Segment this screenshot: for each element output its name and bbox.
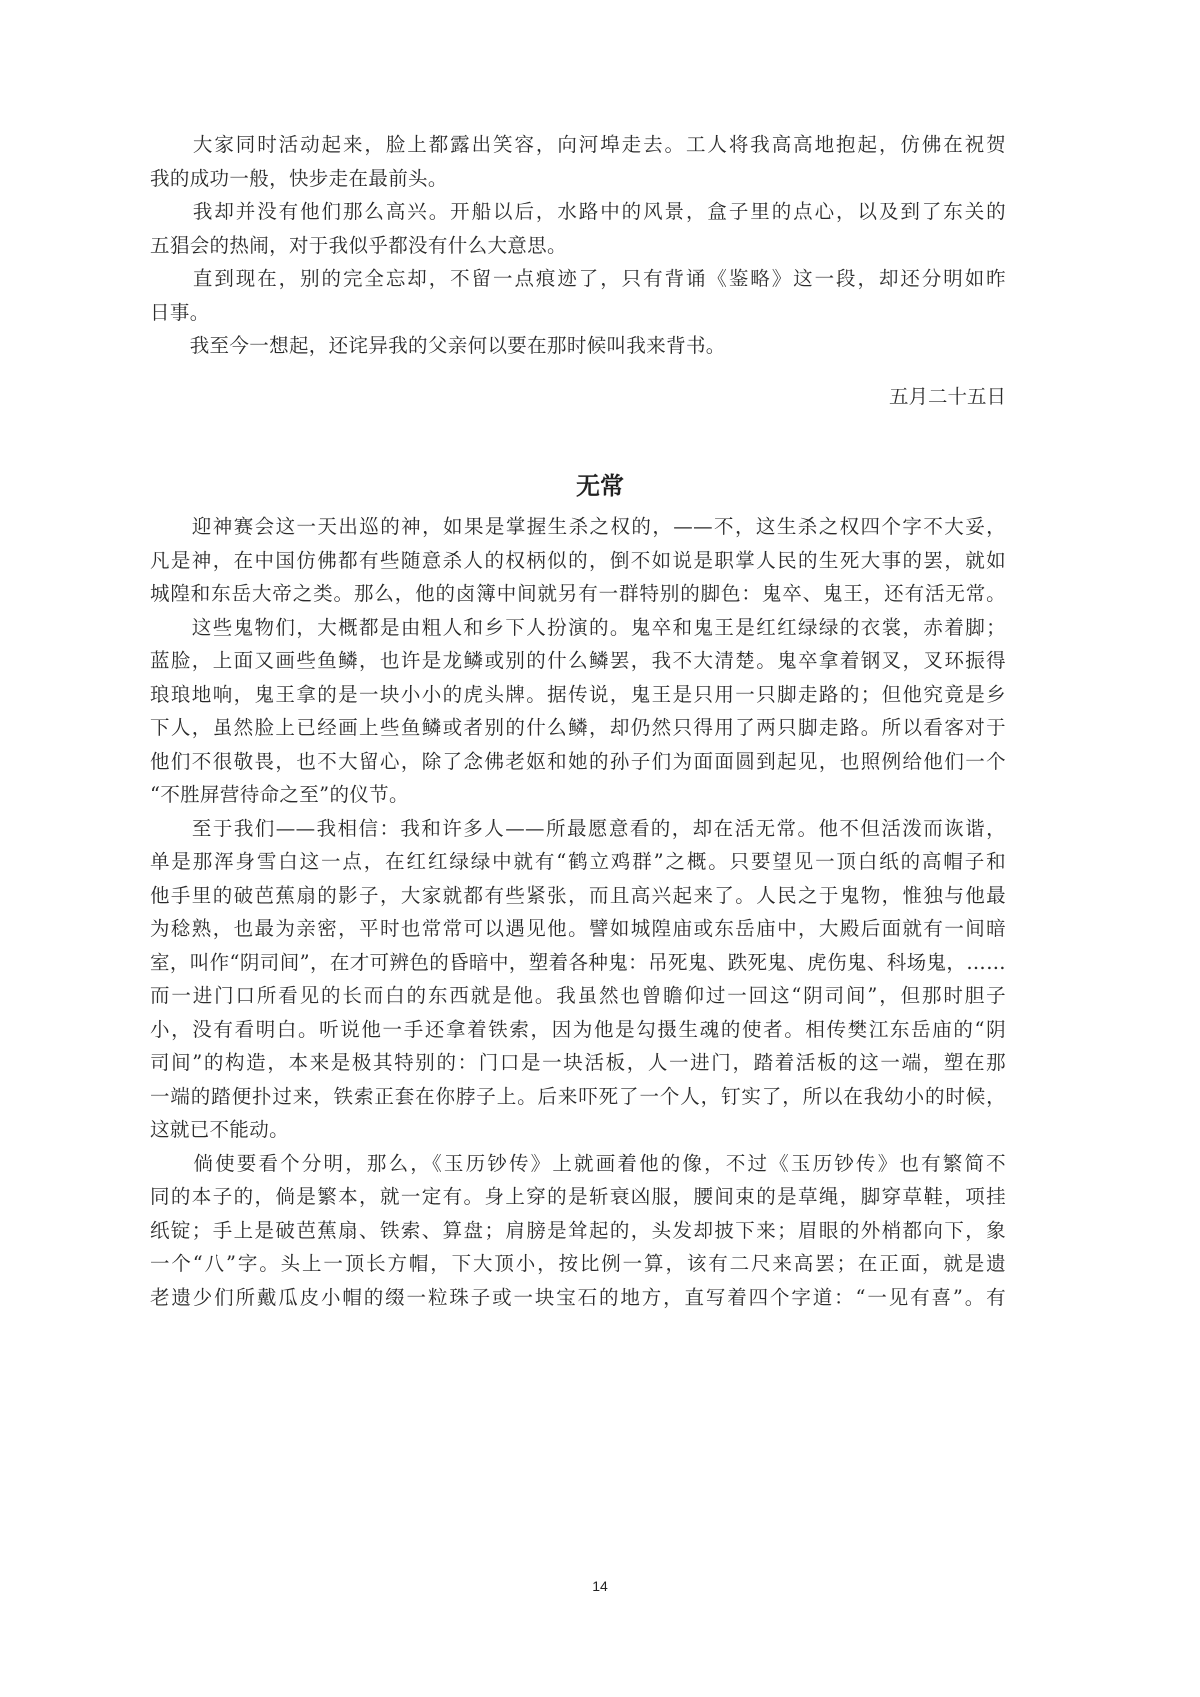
- text-line: 纸锭；手上是破芭蕉扇、铁索、算盘；肩膀是耸起的，头发却披下来；眉眼的外梢都向下，…: [150, 1214, 1006, 1248]
- text-line: 我却并没有他们那么高兴。开船以后，水路中的风景，盒子里的点心，以及到了东关的: [150, 195, 1006, 229]
- essay-date: 五月二十五日: [889, 380, 1006, 413]
- text-line: 一端的踏便扑过来，铁索正套在你脖子上。后来吓死了一个人，钉实了，所以在我幼小的时…: [150, 1080, 1006, 1114]
- essay-title: 无常: [0, 468, 1200, 504]
- text-line: 凡是神，在中国仿佛都有些随意杀人的权柄似的，倒不如说是职掌人民的生死大事的罢，就…: [150, 544, 1006, 578]
- essay-body: 迎神赛会这一天出巡的神，如果是掌握生杀之权的，——不，这生杀之权四个字不大妥， …: [150, 510, 1006, 1314]
- text-line: “不胜屏营待命之至”的仪节。: [150, 778, 1006, 812]
- text-line: 室，叫作“阴司间”，在才可辨色的昏暗中，塑着各种鬼：吊死鬼、跌死鬼、虎伤鬼、科场…: [150, 946, 1006, 980]
- text-line: 至于我们——我相信：我和许多人——所最愿意看的，却在活无常。他不但活泼而诙谐，: [150, 812, 1006, 846]
- text-line: 五猖会的热闹，对于我似乎都没有什么大意思。: [150, 229, 1006, 263]
- text-line: 这些鬼物们，大概都是由粗人和乡下人扮演的。鬼卒和鬼王是红红绿绿的衣裳，赤着脚；: [150, 611, 1006, 645]
- text-line: 他手里的破芭蕉扇的影子，大家就都有些紧张，而且高兴起来了。人民之于鬼物，惟独与他…: [150, 879, 1006, 913]
- text-line: 日事。: [150, 296, 1006, 330]
- text-line: 而一进门口所看见的长而白的东西就是他。我虽然也曾瞻仰过一回这“阴司间”，但那时胆…: [150, 979, 1006, 1013]
- text-line: 我至今一想起，还诧异我的父亲何以要在那时候叫我来背书。: [150, 329, 1006, 363]
- previous-essay-ending: 大家同时活动起来，脸上都露出笑容，向河埠走去。工人将我高高地抱起，仿佛在祝贺 我…: [150, 128, 1006, 363]
- text-line: 直到现在，别的完全忘却，不留一点痕迹了，只有背诵《鉴略》这一段，却还分明如昨: [150, 262, 1006, 296]
- text-line: 迎神赛会这一天出巡的神，如果是掌握生杀之权的，——不，这生杀之权四个字不大妥，: [150, 510, 1006, 544]
- text-line: 一个“八”字。头上一顶长方帽，下大顶小，按比例一算，该有二尺来高罢；在正面，就是…: [150, 1247, 1006, 1281]
- text-line: 老遗少们所戴瓜皮小帽的缀一粒珠子或一块宝石的地方，直写着四个字道：“一见有喜”。…: [150, 1281, 1006, 1315]
- text-line: 倘使要看个分明，那么，《玉历钞传》上就画着他的像，不过《玉历钞传》也有繁简不: [150, 1147, 1006, 1181]
- text-line: 单是那浑身雪白这一点，在红红绿绿中就有“鹤立鸡群”之概。只要望见一顶白纸的高帽子…: [150, 845, 1006, 879]
- text-line: 同的本子的，倘是繁本，就一定有。身上穿的是斩衰凶服，腰间束的是草绳，脚穿草鞋，项…: [150, 1180, 1006, 1214]
- text-line: 大家同时活动起来，脸上都露出笑容，向河埠走去。工人将我高高地抱起，仿佛在祝贺: [150, 128, 1006, 162]
- text-line: 他们不很敬畏，也不大留心，除了念佛老妪和她的孙子们为面面圆到起见，也照例给他们一…: [150, 745, 1006, 779]
- text-line: 琅琅地响，鬼王拿的是一块小小的虎头牌。据传说，鬼王是只用一只脚走路的；但他究竟是…: [150, 678, 1006, 712]
- page-number: 14: [0, 1578, 1200, 1594]
- text-line: 蓝脸，上面又画些鱼鳞，也许是龙鳞或别的什么鳞罢，我不大清楚。鬼卒拿着钢叉，叉环振…: [150, 644, 1006, 678]
- text-line: 下人，虽然脸上已经画上些鱼鳞或者别的什么鳞，却仍然只得用了两只脚走路。所以看客对…: [150, 711, 1006, 745]
- document-page: 大家同时活动起来，脸上都露出笑容，向河埠走去。工人将我高高地抱起，仿佛在祝贺 我…: [0, 0, 1200, 1697]
- text-line: 城隍和东岳大帝之类。那么，他的卤簿中间就另有一群特别的脚色：鬼卒、鬼王，还有活无…: [150, 577, 1006, 611]
- text-line: 这就已不能动。: [150, 1113, 1006, 1147]
- text-line: 我的成功一般，快步走在最前头。: [150, 162, 1006, 196]
- text-line: 小，没有看明白。听说他一手还拿着铁索，因为他是勾摄生魂的使者。相传樊江东岳庙的“…: [150, 1013, 1006, 1047]
- text-line: 为稔熟，也最为亲密，平时也常常可以遇见他。譬如城隍庙或东岳庙中，大殿后面就有一间…: [150, 912, 1006, 946]
- text-line: 司间”的构造，本来是极其特别的：门口是一块活板，人一进门，踏着活板的这一端，塑在…: [150, 1046, 1006, 1080]
